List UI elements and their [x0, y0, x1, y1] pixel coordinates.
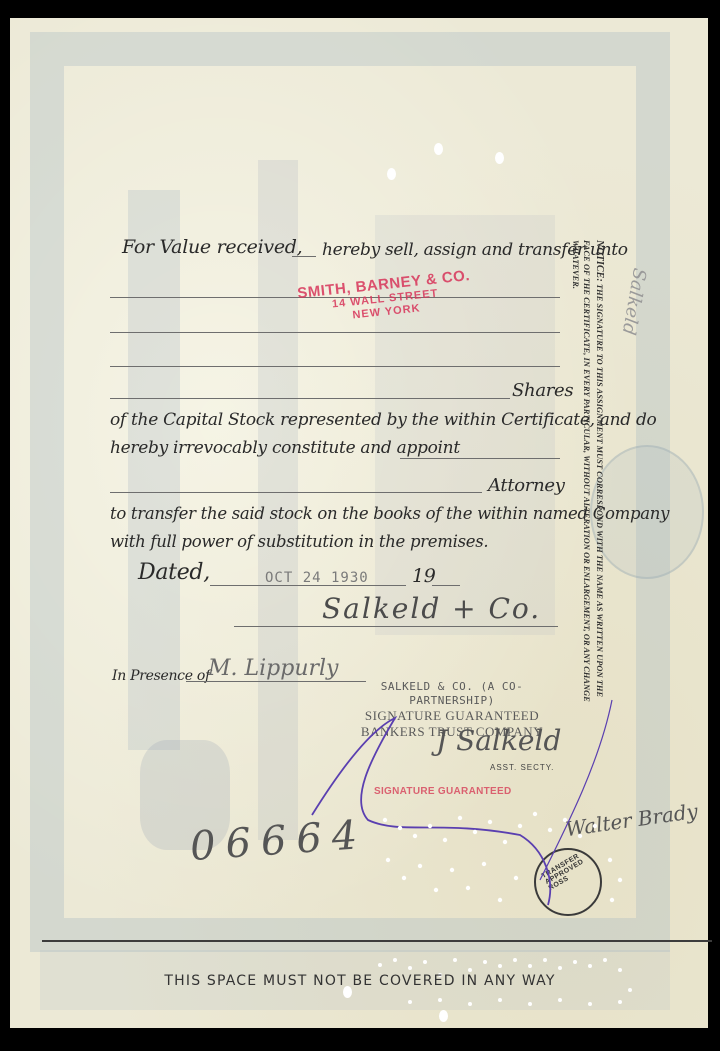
perforation-cancellation	[0, 0, 720, 1051]
bottom-divider	[42, 940, 712, 942]
do-not-cover-notice: THIS SPACE MUST NOT BE COVERED IN ANY WA…	[0, 973, 720, 989]
